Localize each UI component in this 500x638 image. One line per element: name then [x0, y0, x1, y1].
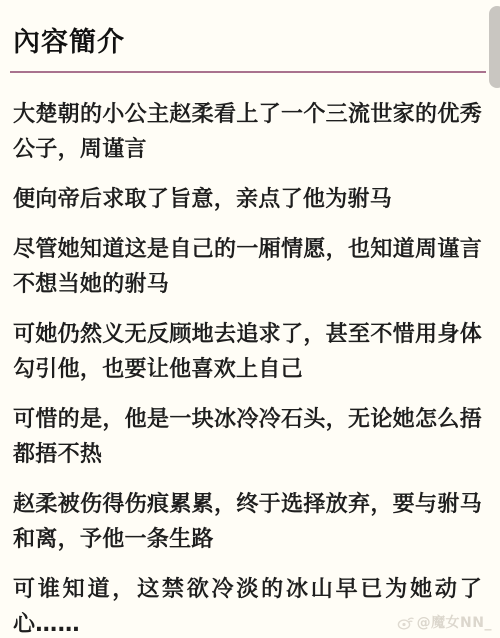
page-title: 內容簡介 — [0, 0, 500, 60]
synopsis-paragraphs: 大楚朝的小公主赵柔看上了一个三流世家的优秀公子，周谨言便向帝后求取了旨意，亲点了… — [0, 73, 500, 638]
weibo-icon — [397, 615, 414, 630]
synopsis-paragraph: 可惜的是，他是一块冰冷冷石头，无论她怎么捂都捂不热 — [13, 402, 482, 472]
watermark-label: @魔女NN_ — [417, 612, 492, 632]
synopsis-paragraph: 大楚朝的小公主赵柔看上了一个三流世家的优秀公子，周谨言 — [13, 97, 482, 167]
synopsis-paragraph: 赵柔被伤得伤痕累累，终于选择放弃，要与驸马和离，予他一条生路 — [13, 487, 482, 557]
scrollbar-thumb[interactable] — [489, 6, 500, 88]
watermark: @魔女NN_ — [397, 612, 492, 632]
content-page: 內容簡介 大楚朝的小公主赵柔看上了一个三流世家的优秀公子，周谨言便向帝后求取了旨… — [0, 0, 500, 638]
synopsis-paragraph: 尽管她知道这是自己的一厢情愿，也知道周谨言不想当她的驸马 — [13, 232, 482, 302]
synopsis-paragraph: 可她仍然义无反顾地去追求了，甚至不惜用身体勾引他，也要让他喜欢上自己 — [13, 317, 482, 387]
synopsis-paragraph: 便向帝后求取了旨意，亲点了他为驸马 — [13, 182, 482, 217]
